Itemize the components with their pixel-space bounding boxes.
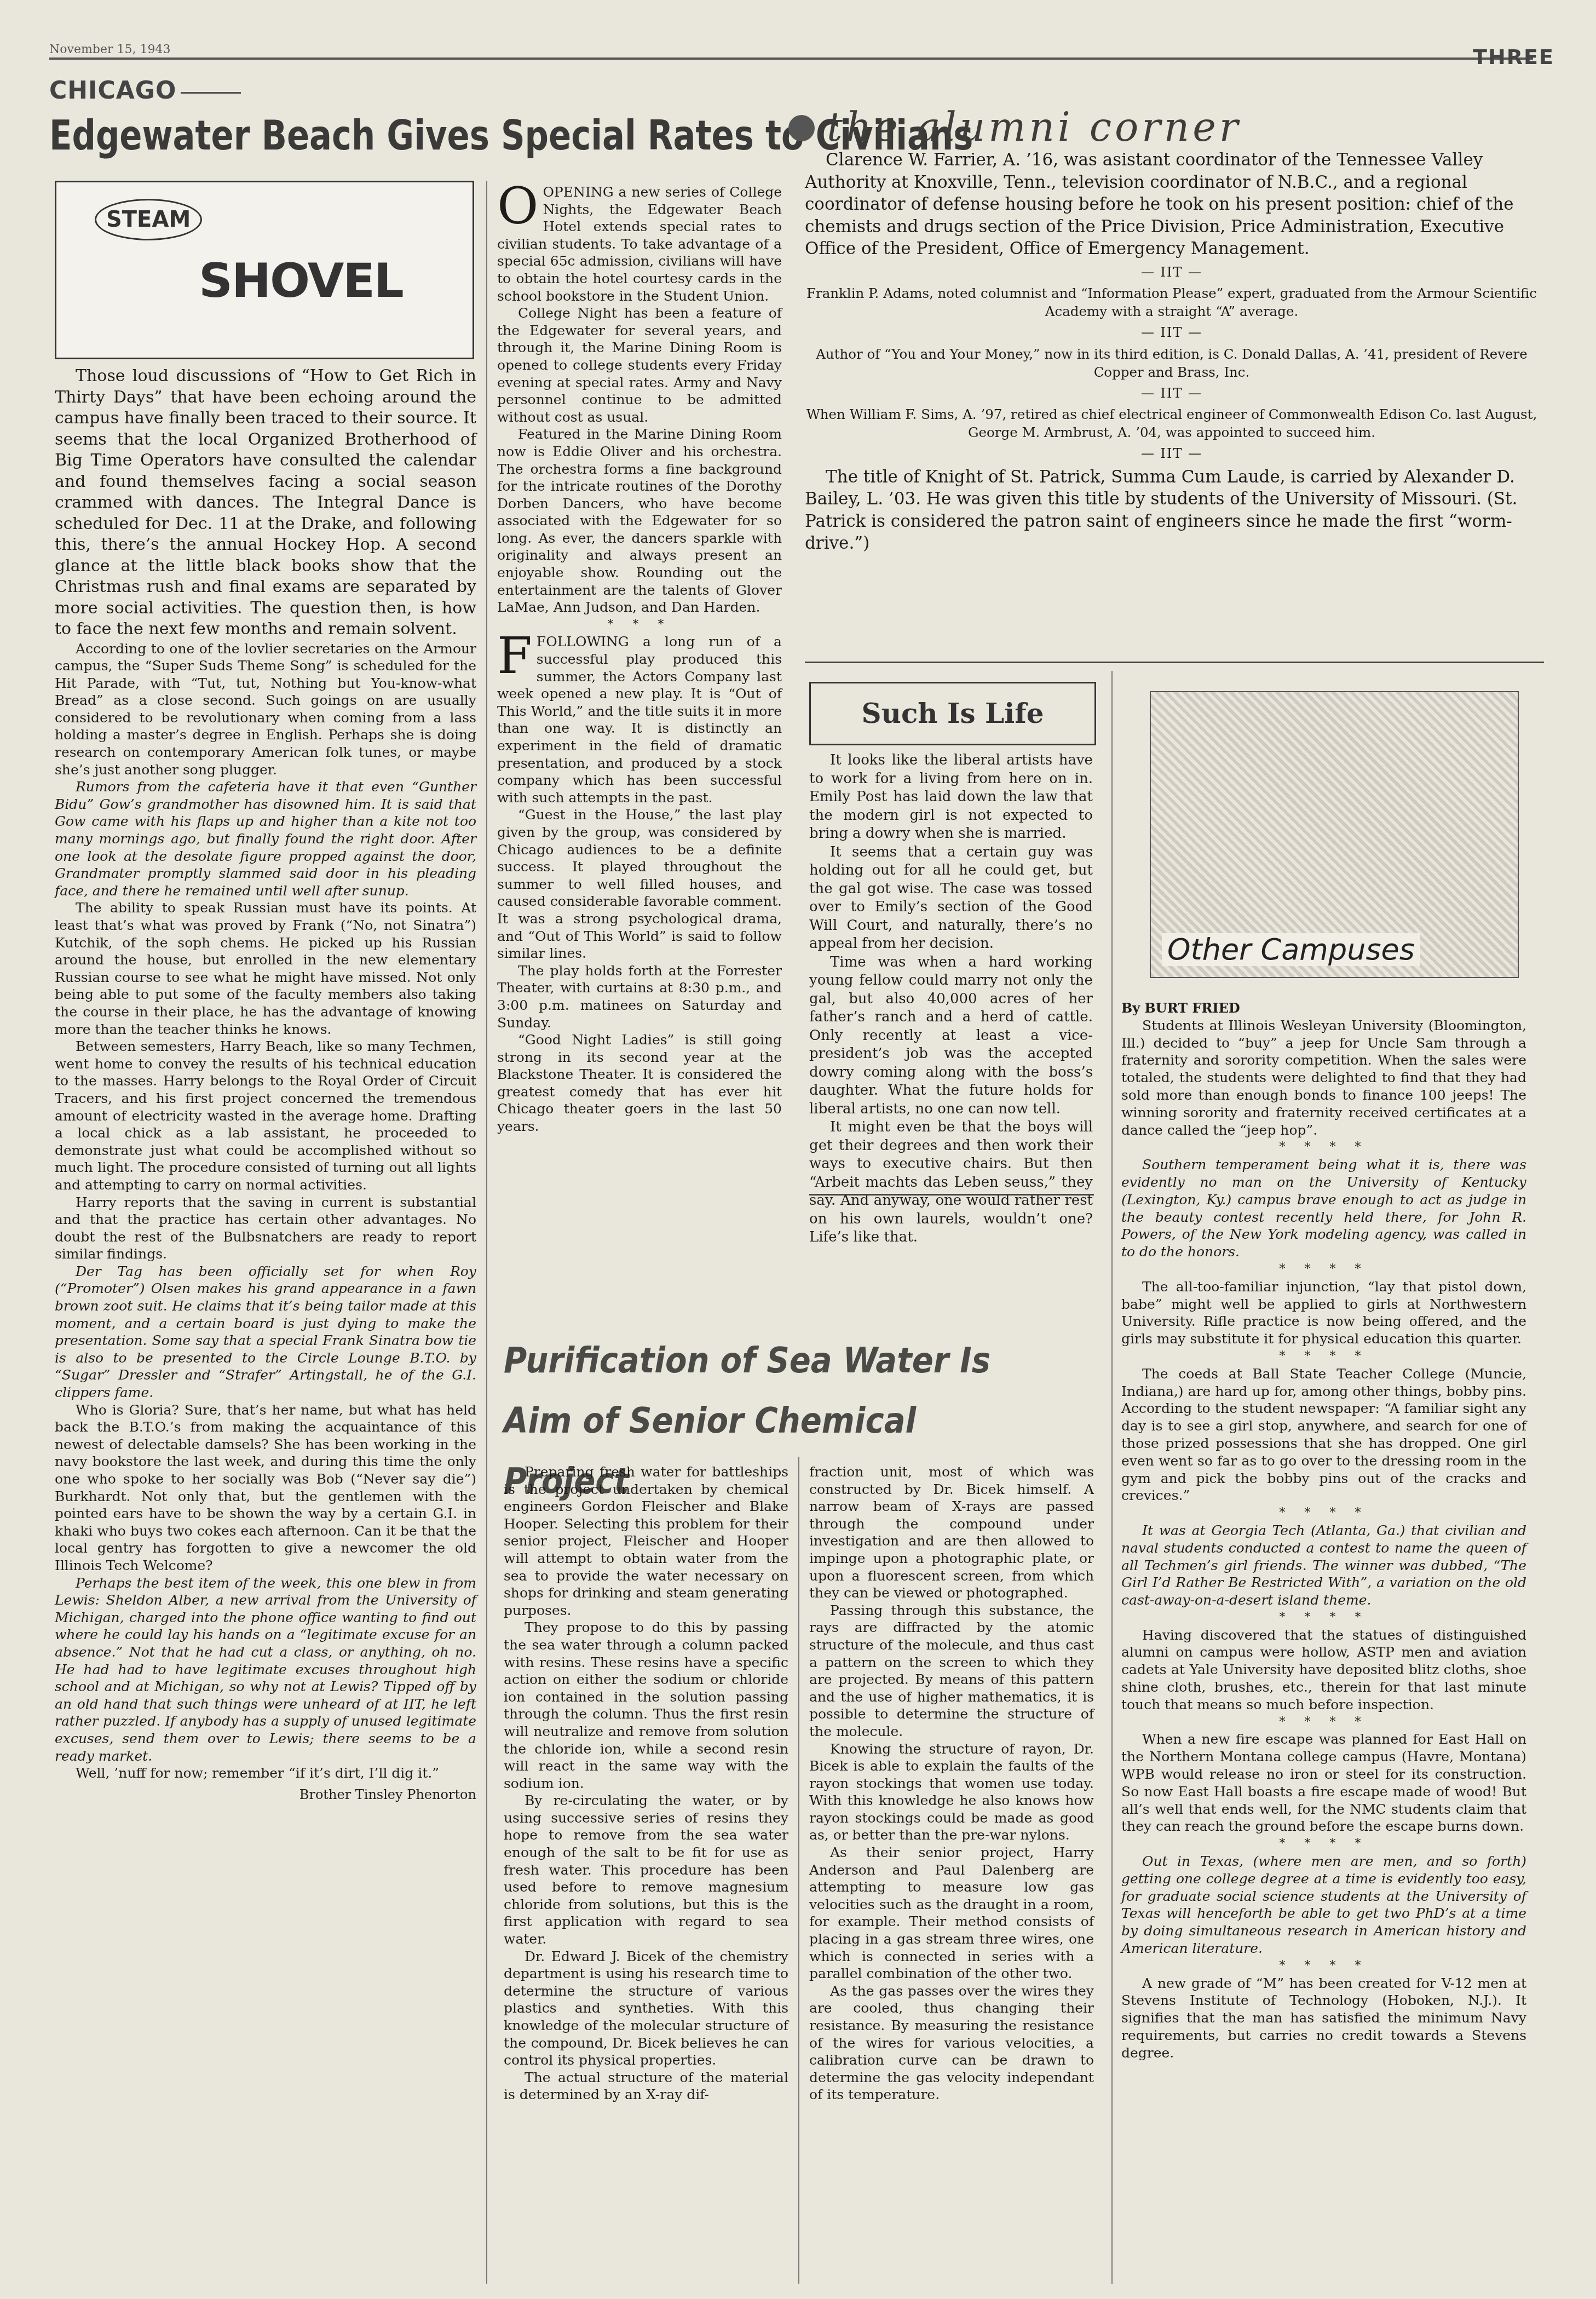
purification-column-2: fraction unit, most of which was constru…	[809, 1463, 1094, 2103]
campus-item: A new grade of “M” has been created for …	[1121, 1975, 1526, 2062]
purification-column-1: Preparing fresh water for battleships is…	[504, 1463, 788, 2103]
other-campuses-illustration: Other Campuses	[1150, 691, 1519, 978]
issue-date: November 15, 1943	[49, 43, 170, 56]
section-separator: * * * *	[1121, 1957, 1526, 1975]
alumni-divider: — IIT —	[805, 261, 1539, 284]
campus-item: Southern temperament being what it is, t…	[1121, 1156, 1526, 1261]
edgewater-paragraph: OOPENING a new series of College Nights,…	[497, 183, 782, 304]
section-separator: * * * *	[1121, 1504, 1526, 1522]
such-is-life-paragraph: It seems that a certain guy was holding …	[809, 843, 1093, 953]
alumni-divider: — IIT —	[805, 321, 1539, 344]
purification-headline-line1: Purification of Sea Water Is	[504, 1331, 1036, 1391]
such-is-life-header: Such Is Life	[809, 682, 1096, 745]
campus-item: When a new fire escape was planned for E…	[1121, 1731, 1526, 1835]
purification-paragraph: As the gas passes over the wires they ar…	[809, 1982, 1094, 2103]
edgewater-column: OOPENING a new series of College Nights,…	[497, 183, 782, 1135]
gossip-paragraph: The ability to speak Russian must have i…	[55, 899, 476, 1038]
purification-paragraph: Preparing fresh water for battleships is…	[504, 1463, 788, 1619]
purification-paragraph: Knowing the structure of rayon, Dr. Bice…	[809, 1740, 1094, 1844]
masthead-rule	[49, 58, 1533, 60]
alumni-item: When William F. Sims, A. ’97, retired as…	[805, 405, 1539, 441]
page-number: THREE	[1473, 45, 1554, 69]
column-rule	[1111, 671, 1113, 2284]
such-is-life-paragraph: It looks like the liberal artists have t…	[809, 751, 1093, 843]
cartoon-steam-label: STEAM	[95, 199, 202, 240]
such-is-life-paragraph: Time was when a hard working young fello…	[809, 953, 1093, 1119]
purification-paragraph: By re-circulating the water, or by using…	[504, 1792, 788, 1947]
purification-paragraph: As their senior project, Harry Anderson …	[809, 1844, 1094, 1982]
gossip-paragraph: Who is Gloria? Sure, that’s her name, bu…	[55, 1401, 476, 1574]
section-logo: CHICAGO	[49, 77, 176, 105]
gossip-paragraph: Rumors from the cafeteria have it that e…	[55, 778, 476, 899]
actors-paragraph: “Good Night Ladies” is still going stron…	[497, 1031, 782, 1135]
alumni-divider: — IIT —	[805, 382, 1539, 405]
logo-rule	[181, 92, 241, 94]
gossip-paragraph: According to one of the lovlier secretar…	[55, 640, 476, 779]
campus-item: It was at Georgia Tech (Atlanta, Ga.) th…	[1121, 1522, 1526, 1609]
section-separator: * * * *	[1121, 1714, 1526, 1731]
such-is-life-paragraph: It might even be that the boys will get …	[809, 1118, 1093, 1247]
alumni-item: Franklin P. Adams, noted columnist and “…	[805, 284, 1539, 320]
gossip-paragraph: Harry reports that the saving in current…	[55, 1194, 476, 1263]
alumni-divider: — IIT —	[805, 442, 1539, 465]
other-campuses-label: Other Campuses	[1162, 933, 1420, 966]
gossip-column: Those loud discussions of “How to Get Ri…	[55, 366, 476, 1803]
edgewater-headline: Edgewater Beach Gives Special Rates to C…	[49, 112, 664, 159]
section-separator: * * *	[497, 616, 782, 634]
edgewater-paragraph: Featured in the Marine Dining Room now i…	[497, 426, 782, 616]
column-rule	[486, 181, 487, 2284]
alumni-item: Author of “You and Your Money,” now in i…	[805, 345, 1539, 381]
gossip-signature: Brother Tinsley Phenorton	[55, 1786, 476, 1804]
section-separator: * * * *	[1121, 1609, 1526, 1626]
campus-item: Having discovered that the statues of di…	[1121, 1626, 1526, 1714]
purification-paragraph: Dr. Edward J. Bicek of the chemistry dep…	[504, 1948, 788, 2069]
purification-paragraph: Passing through this substance, the rays…	[809, 1602, 1094, 1740]
drop-cap: F	[497, 636, 532, 676]
alumni-bottom-rule	[805, 662, 1544, 663]
actors-paragraph: FFOLLOWING a long run of a successful pl…	[497, 633, 782, 806]
alumni-corner-title: the alumni corner	[827, 104, 1241, 150]
purification-paragraph: They propose to do this by passing the s…	[504, 1619, 788, 1792]
purification-paragraph: The actual structure of the material is …	[504, 2069, 788, 2103]
such-is-life-bottom-rule	[809, 1194, 1094, 1196]
gossip-paragraph: Perhaps the best item of the week, this …	[55, 1574, 476, 1765]
gossip-paragraph: Der Tag has been officially set for when…	[55, 1263, 476, 1401]
drop-cap: O	[497, 187, 538, 226]
section-separator: * * * *	[1121, 1348, 1526, 1365]
purification-paragraph: fraction unit, most of which was constru…	[809, 1463, 1094, 1602]
other-campuses-byline: By BURT FRIED	[1121, 999, 1526, 1017]
section-separator: * * * *	[1121, 1261, 1526, 1278]
alumni-item: Clarence W. Farrier, A. ’16, was asistan…	[805, 149, 1539, 260]
alumni-item: The title of Knight of St. Patrick, Summ…	[805, 466, 1539, 555]
section-separator: * * * *	[1121, 1139, 1526, 1156]
campus-item: The coeds at Ball State Teacher College …	[1121, 1365, 1526, 1504]
campus-item: Out in Texas, (where men are men, and so…	[1121, 1853, 1526, 1957]
column-rule	[798, 1457, 799, 2284]
alumni-corner-body: Clarence W. Farrier, A. ’16, was asistan…	[805, 149, 1539, 555]
other-campuses-column: By BURT FRIED Students at Illinois Wesle…	[1121, 999, 1526, 2062]
such-is-life-column: It looks like the liberal artists have t…	[809, 751, 1093, 1247]
gossip-paragraph: Well, ’nuff for now; remember “if it’s d…	[55, 1765, 476, 1782]
section-separator: * * * *	[1121, 1835, 1526, 1853]
campus-item: The all-too-familiar injunction, “lay th…	[1121, 1278, 1526, 1348]
actors-paragraph: The play holds forth at the Forrester Th…	[497, 962, 782, 1031]
bullet-icon	[788, 115, 815, 141]
gossip-paragraph: Between semesters, Harry Beach, like so …	[55, 1038, 476, 1193]
actors-paragraph: “Guest in the House,” the last play give…	[497, 806, 782, 962]
campus-item: Students at Illinois Wesleyan University…	[1121, 1017, 1526, 1139]
gossip-lead: Those loud discussions of “How to Get Ri…	[55, 366, 476, 640]
steam-shovel-cartoon: STEAM SHOVEL	[55, 181, 474, 359]
cartoon-shovel-label: SHOVEL	[199, 254, 403, 308]
edgewater-paragraph: College Night has been a feature of the …	[497, 304, 782, 426]
